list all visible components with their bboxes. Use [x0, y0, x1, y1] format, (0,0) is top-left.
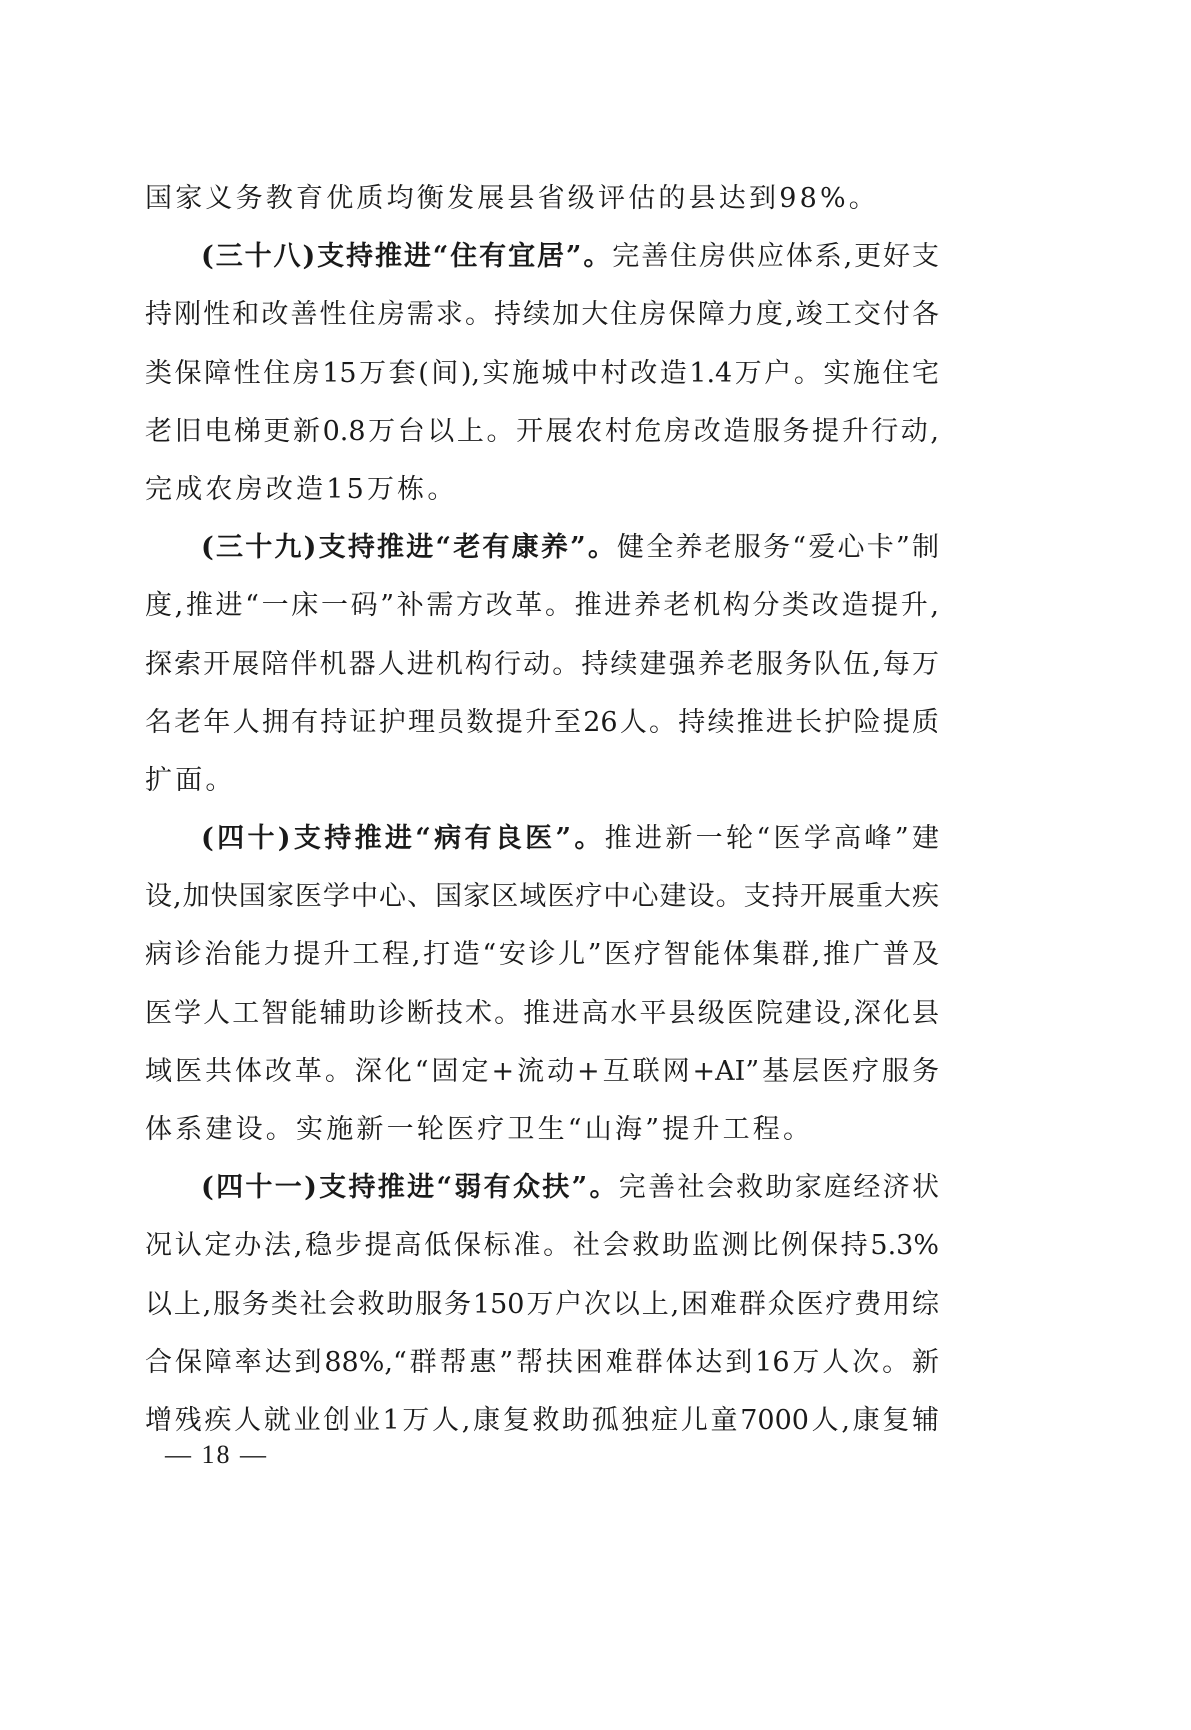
- section-heading-40: (四十)支持推进“病有良医”。: [201, 823, 605, 854]
- text-line: 域医共体改革。深化“固定+流动+互联网+AI”基层医疗服务: [145, 1049, 939, 1107]
- line-text: 况认定办法,稳步提高低保标准。社会救助监测比例保持5.3%: [145, 1230, 939, 1261]
- text-line: 合保障率达到88%,“群帮惠”帮扶困难群体达到16万人次。新: [145, 1340, 939, 1398]
- section-heading-line-41: (四十一)支持推进“弱有众扶”。完善社会救助家庭经济状: [145, 1165, 939, 1223]
- body-text: 国家义务教育优质均衡发展县省级评估的县达到98%。 (三十八)支持推进“住有宜居…: [145, 176, 939, 1456]
- text-line: 扩面。: [145, 758, 939, 816]
- text-line: 类保障性住房15万套(间),实施城中村改造1.4万户。实施住宅: [145, 351, 939, 409]
- line-text: 完善住房供应体系,更好支: [612, 241, 939, 272]
- section-heading-41: (四十一)支持推进“弱有众扶”。: [201, 1172, 619, 1203]
- line-text: 病诊治能力提升工程,打造“安诊儿”医疗智能体集群,推广普及: [145, 939, 939, 970]
- line-text: 增残疾人就业创业1万人,康复救助孤独症儿童7000人,康复辅: [145, 1405, 939, 1436]
- text-line: 以上,服务类社会救助服务150万户次以上,困难群众医疗费用综: [145, 1282, 939, 1340]
- section-heading-38: (三十八)支持推进“住有宜居”。: [201, 241, 612, 272]
- text-line: 探索开展陪伴机器人进机构行动。持续建强养老服务队伍,每万: [145, 642, 939, 700]
- line-text: 医学人工智能辅助诊断技术。推进高水平县级医院建设,深化县: [145, 998, 939, 1029]
- text-line: 完成农房改造15万栋。: [145, 467, 939, 525]
- text-line: 名老年人拥有持证护理员数提升至26人。持续推进长护险提质: [145, 700, 939, 758]
- text-line: 老旧电梯更新0.8万台以上。开展农村危房改造服务提升行动,: [145, 409, 939, 467]
- line-text: 推进新一轮“医学高峰”建: [605, 823, 939, 854]
- section-heading-line-38: (三十八)支持推进“住有宜居”。完善住房供应体系,更好支: [145, 234, 939, 292]
- section-heading-line-40: (四十)支持推进“病有良医”。推进新一轮“医学高峰”建: [145, 816, 939, 874]
- line-text: 扩面。: [145, 765, 236, 796]
- text-line: 医学人工智能辅助诊断技术。推进高水平县级医院建设,深化县: [145, 991, 939, 1049]
- section-heading-line-39: (三十九)支持推进“老有康养”。健全养老服务“爱心卡”制: [145, 525, 939, 583]
- line-text: 持刚性和改善性住房需求。持续加大住房保障力度,竣工交付各: [145, 299, 939, 330]
- line-text: 健全养老服务“爱心卡”制: [617, 532, 939, 563]
- text-line: 况认定办法,稳步提高低保标准。社会救助监测比例保持5.3%: [145, 1223, 939, 1281]
- line-text: 完善社会救助家庭经济状: [619, 1172, 939, 1203]
- line-text: 探索开展陪伴机器人进机构行动。持续建强养老服务队伍,每万: [145, 649, 939, 680]
- line-text: 类保障性住房15万套(间),实施城中村改造1.4万户。实施住宅: [145, 358, 939, 389]
- line-text: 完成农房改造15万栋。: [145, 474, 458, 505]
- line-text: 国家义务教育优质均衡发展县省级评估的县达到98%。: [145, 183, 879, 214]
- text-line: 体系建设。实施新一轮医疗卫生“山海”提升工程。: [145, 1107, 939, 1165]
- line-text: 度,推进“一床一码”补需方改革。推进养老机构分类改造提升,: [145, 590, 939, 621]
- text-line: 持刚性和改善性住房需求。持续加大住房保障力度,竣工交付各: [145, 292, 939, 350]
- document-page: 国家义务教育优质均衡发展县省级评估的县达到98%。 (三十八)支持推进“住有宜居…: [0, 0, 1191, 1730]
- text-line: 国家义务教育优质均衡发展县省级评估的县达到98%。: [145, 176, 939, 234]
- text-line: 度,推进“一床一码”补需方改革。推进养老机构分类改造提升,: [145, 583, 939, 641]
- text-line: 设,加快国家医学中心、国家区域医疗中心建设。支持开展重大疾: [145, 874, 939, 932]
- line-text: 以上,服务类社会救助服务150万户次以上,困难群众医疗费用综: [145, 1289, 939, 1320]
- line-text: 老旧电梯更新0.8万台以上。开展农村危房改造服务提升行动,: [145, 416, 939, 447]
- line-text: 体系建设。实施新一轮医疗卫生“山海”提升工程。: [145, 1114, 813, 1145]
- section-heading-39: (三十九)支持推进“老有康养”。: [201, 532, 617, 563]
- line-text: 设,加快国家医学中心、国家区域医疗中心建设。支持开展重大疾: [145, 881, 939, 912]
- text-line: 病诊治能力提升工程,打造“安诊儿”医疗智能体集群,推广普及: [145, 932, 939, 990]
- page-number: — 18 —: [165, 1440, 268, 1470]
- line-text: 域医共体改革。深化“固定+流动+互联网+AI”基层医疗服务: [145, 1056, 939, 1087]
- line-text: 名老年人拥有持证护理员数提升至26人。持续推进长护险提质: [145, 707, 939, 738]
- line-text: 合保障率达到88%,“群帮惠”帮扶困难群体达到16万人次。新: [145, 1347, 939, 1378]
